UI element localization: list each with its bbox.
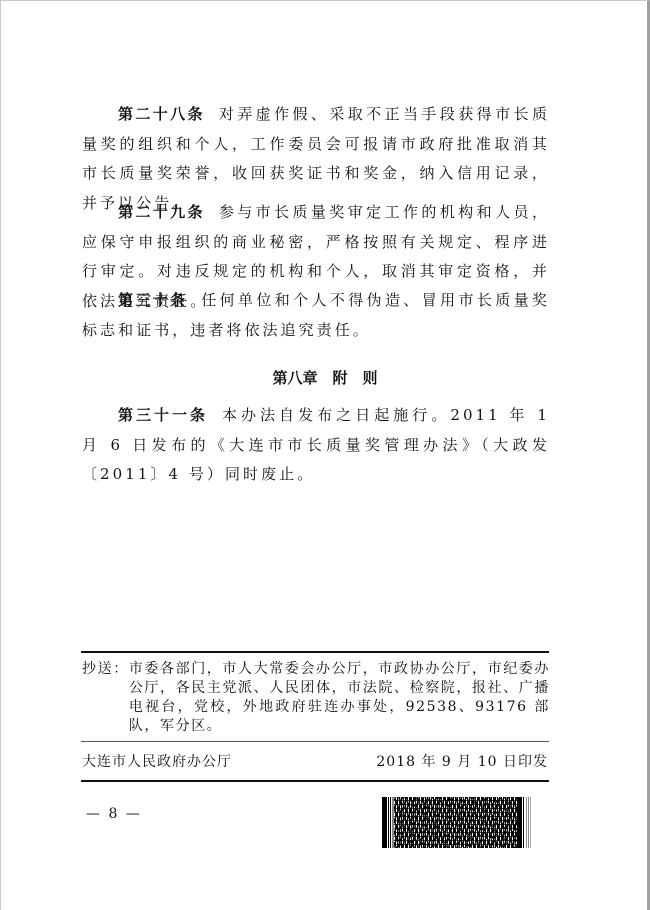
article-30: 第三十条任何单位和个人不得伪造、冒用市长质量奖标志和证书，违者将依法追究责任。 [82, 286, 550, 345]
issuer: 大连市人民政府办公厅 [82, 751, 232, 771]
barcode-stop-pattern [518, 797, 532, 848]
footer-top-rule [81, 651, 549, 653]
barcode-start-pattern [382, 797, 394, 848]
footer-middle-rule [81, 741, 549, 742]
pdf417-barcode-icon [382, 797, 532, 848]
cc-block: 抄送： 市委各部门，市人大常委会办公厅，市政协办公厅，市纪委办公厅，各民主党派、… [82, 660, 550, 736]
article-number: 第二十九条 [118, 203, 205, 221]
cc-list: 市委各部门，市人大常委会办公厅，市政协办公厅，市纪委办公厅，各民主党派、人民团体… [129, 660, 550, 736]
article-number: 第二十八条 [118, 105, 205, 123]
article-number: 第三十条 [118, 291, 187, 309]
page-number: — 8 — [86, 806, 142, 822]
article-number: 第三十一条 [118, 406, 208, 424]
chapter-heading: 第八章 附 则 [0, 367, 650, 388]
barcode-data-area [394, 797, 518, 848]
footer-bottom-rule [81, 780, 549, 782]
article-31: 第三十一条本办法自发布之日起施行。2011 年 1 月 6 日发布的《大连市市长… [82, 401, 550, 490]
issue-date: 2018 年 9 月 10 日印发 [376, 751, 548, 771]
cc-label: 抄送： [82, 660, 129, 736]
